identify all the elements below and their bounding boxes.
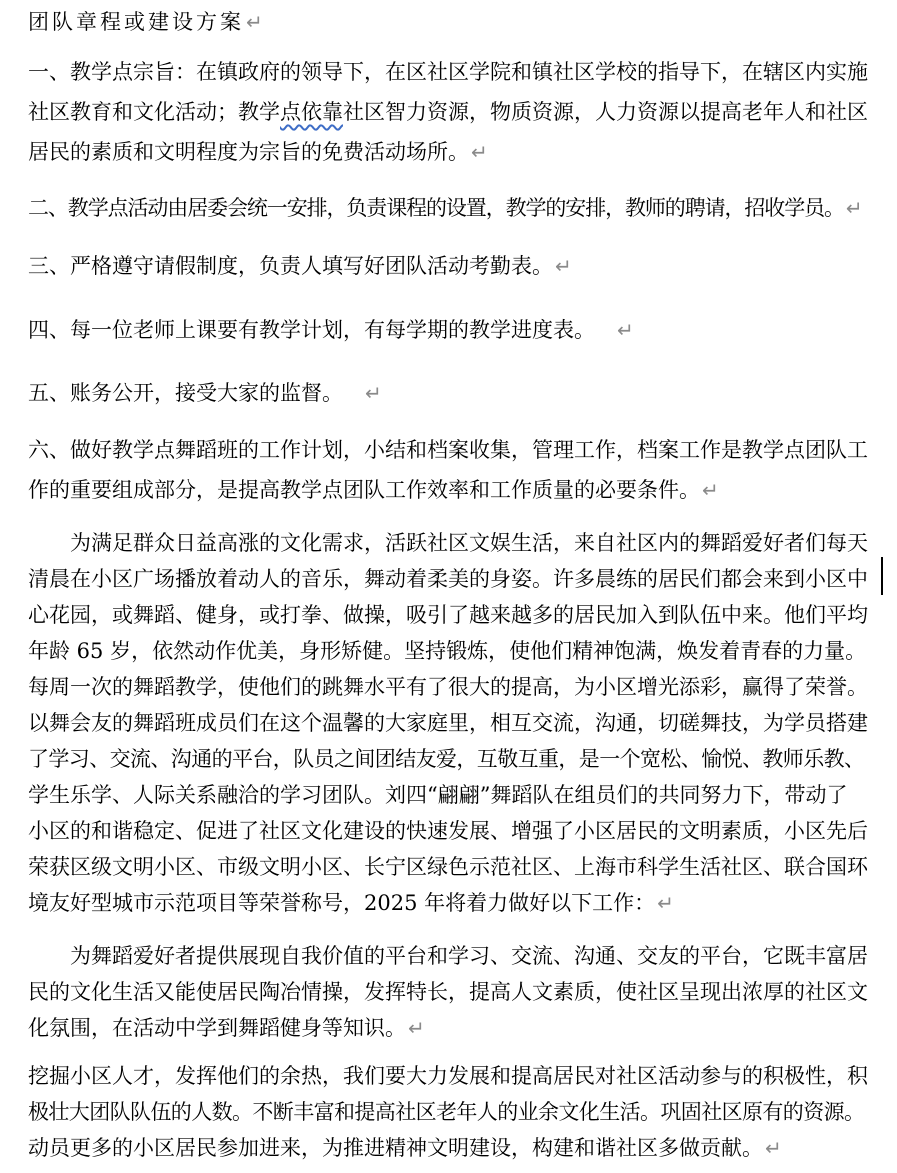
- text-segment: 作的重要组成部分，是提高教学点团队工作效率和工作质量的必要条件。: [28, 478, 700, 502]
- spellcheck-wavy-underline: 点依靠: [280, 100, 343, 124]
- text-line: 动员更多的小区居民参加进来，为推进精神文明建设，构建和谐社区多做贡献。↵: [28, 1130, 869, 1166]
- pilcrow-mark: ↵: [555, 254, 572, 278]
- text-line: 为满足群众日益高涨的文化需求，活跃社区文娱生活，来自社区内的舞蹈爱好者们每天: [28, 525, 869, 561]
- text-line: 一、教学点宗旨：在镇政府的领导下，在区社区学院和镇社区学校的指导下，在辖区内实施: [28, 52, 869, 92]
- text-segment: 四、每一位老师上课要有教学计划，有每学期的教学进度表。: [28, 318, 595, 342]
- text-caret: [881, 557, 883, 595]
- text-line: 五、账务公开，接受大家的监督。↵: [28, 373, 869, 413]
- doc-title[interactable]: 团队章程或建设方案↵: [28, 2, 869, 42]
- text-segment: 境友好型城市示范项目等荣誉称号，2025 年将着力做好以下工作：: [28, 891, 655, 915]
- text-segment: 动员更多的小区居民参加进来，为推进精神文明建设，构建和谐社区多做贡献。: [28, 1136, 763, 1160]
- paragraph-item-2[interactable]: 二、教学点活动由居委会统一安排，负责课程的设置，教学的安排，教师的聘请，招收学员…: [28, 188, 869, 228]
- text-segment: 社区智力资源，物质资源，人力资源以提高老年人和社区: [343, 100, 868, 124]
- text-line: 六、做好教学点舞蹈班的工作计划，小结和档案收集，管理工作，档案工作是教学点团队工: [28, 430, 869, 470]
- text-line: 荣获区级文明小区、市级文明小区、长宁区绿色示范社区、上海市科学生活社区、联合国环: [28, 849, 869, 885]
- text-line: 三、严格遵守请假制度，负责人填写好团队活动考勤表。↵: [28, 246, 869, 286]
- paragraph-item-4[interactable]: 四、每一位老师上课要有教学计划，有每学期的教学进度表。↵: [28, 310, 869, 350]
- text-line: 年龄 65 岁，依然动作优美，身形矫健。坚持锻炼，使他们精神饱满，焕发着青春的力…: [28, 633, 869, 669]
- paragraph-item-1[interactable]: 一、教学点宗旨：在镇政府的领导下，在区社区学院和镇社区学校的指导下，在辖区内实施…: [28, 52, 869, 172]
- doc-title-text: 团队章程或建设方案: [28, 10, 244, 34]
- pilcrow-mark: ↵: [702, 478, 719, 502]
- text-line: 了学习、交流、沟通的平台，队员之间团结友爱，互敬互重，是一个宽松、愉悦、教师乐教…: [28, 741, 869, 777]
- paragraph-item-5[interactable]: 五、账务公开，接受大家的监督。↵: [28, 373, 869, 413]
- text-segment: 居民的素质和文明程度为宗旨的免费活动场所。: [28, 140, 469, 164]
- text-line: 以舞会友的舞蹈班成员们在这个温馨的大家庭里，相互交流，沟通，切磋舞技，为学员搭建: [28, 705, 869, 741]
- text-segment: 五、账务公开，接受大家的监督。: [28, 381, 343, 405]
- text-line: 二、教学点活动由居委会统一安排，负责课程的设置，教学的安排，教师的聘请，招收学员…: [28, 188, 869, 228]
- paragraph-body-1[interactable]: 为满足群众日益高涨的文化需求，活跃社区文娱生活，来自社区内的舞蹈爱好者们每天 清…: [28, 525, 869, 921]
- text-line: 为舞蹈爱好者提供展现自我价值的平台和学习、交流、沟通、交友的平台，它既丰富居: [28, 938, 869, 974]
- pilcrow-mark: ↵: [408, 1016, 425, 1040]
- text-line: 社区教育和文化活动；教学点依靠社区智力资源，物质资源，人力资源以提高老年人和社区: [28, 92, 869, 132]
- text-line: 小区的和谐稳定、促进了社区文化建设的快速发展、增强了小区居民的文明素质，小区先后: [28, 813, 869, 849]
- document-page[interactable]: 团队章程或建设方案↵ 一、教学点宗旨：在镇政府的领导下，在区社区学院和镇社区学校…: [0, 0, 897, 1173]
- text-line: 清晨在小区广场播放着动人的音乐，舞动着柔美的身姿。许多晨练的居民们都会来到小区中: [28, 561, 869, 597]
- text-line: 每周一次的舞蹈教学，使他们的跳舞水平有了很大的提高，为小区增光添彩，赢得了荣誉。: [28, 669, 869, 705]
- pilcrow-mark: ↵: [765, 1136, 782, 1160]
- text-line: 极壮大团队队伍的人数。不断丰富和提高社区老年人的业余文化生活。巩固社区原有的资源…: [28, 1094, 869, 1130]
- paragraph-item-3[interactable]: 三、严格遵守请假制度，负责人填写好团队活动考勤表。↵: [28, 246, 869, 286]
- pilcrow-mark: ↵: [246, 10, 263, 34]
- pilcrow-mark: ↵: [617, 318, 634, 342]
- text-segment: 二、教学点活动由居委会统一安排，负责课程的设置，教学的安排，教师的聘请，招收学员…: [28, 196, 844, 220]
- text-line: 境友好型城市示范项目等荣誉称号，2025 年将着力做好以下工作：↵: [28, 885, 869, 921]
- text-line: 作的重要组成部分，是提高教学点团队工作效率和工作质量的必要条件。↵: [28, 470, 869, 510]
- text-segment: 三、严格遵守请假制度，负责人填写好团队活动考勤表。: [28, 254, 553, 278]
- text-segment: 社区教育和文化活动；教学: [28, 100, 280, 124]
- text-line: 民的文化生活又能使居民陶冶情操，发挥特长，提高人文素质，使社区呈现出浓厚的社区文: [28, 974, 869, 1010]
- pilcrow-mark: ↵: [657, 891, 674, 915]
- text-line: 心花园，或舞蹈、健身，或打拳、做操，吸引了越来越多的居民加入到队伍中来。他们平均: [28, 597, 869, 633]
- paragraph-body-3[interactable]: 挖掘小区人才，发挥他们的余热，我们要大力发展和提高居民对社区活动参与的积极性，积…: [28, 1058, 869, 1166]
- pilcrow-mark: ↵: [846, 196, 863, 220]
- text-line: 四、每一位老师上课要有教学计划，有每学期的教学进度表。↵: [28, 310, 869, 350]
- text-line: 挖掘小区人才，发挥他们的余热，我们要大力发展和提高居民对社区活动参与的积极性，积: [28, 1058, 869, 1094]
- text-line: 居民的素质和文明程度为宗旨的免费活动场所。↵: [28, 132, 869, 172]
- pilcrow-mark: ↵: [471, 140, 488, 164]
- paragraph-item-6[interactable]: 六、做好教学点舞蹈班的工作计划，小结和档案收集，管理工作，档案工作是教学点团队工…: [28, 430, 869, 510]
- text-line: 化氛围，在活动中学到舞蹈健身等知识。↵: [28, 1010, 869, 1046]
- text-line: 学生乐学、人际关系融洽的学习团队。刘四“翩翩”舞蹈队在组员们的共同努力下，带动了: [28, 777, 869, 813]
- text-segment: 化氛围，在活动中学到舞蹈健身等知识。: [28, 1016, 406, 1040]
- paragraph-body-2[interactable]: 为舞蹈爱好者提供展现自我价值的平台和学习、交流、沟通、交友的平台，它既丰富居 民…: [28, 938, 869, 1046]
- pilcrow-mark: ↵: [365, 381, 382, 405]
